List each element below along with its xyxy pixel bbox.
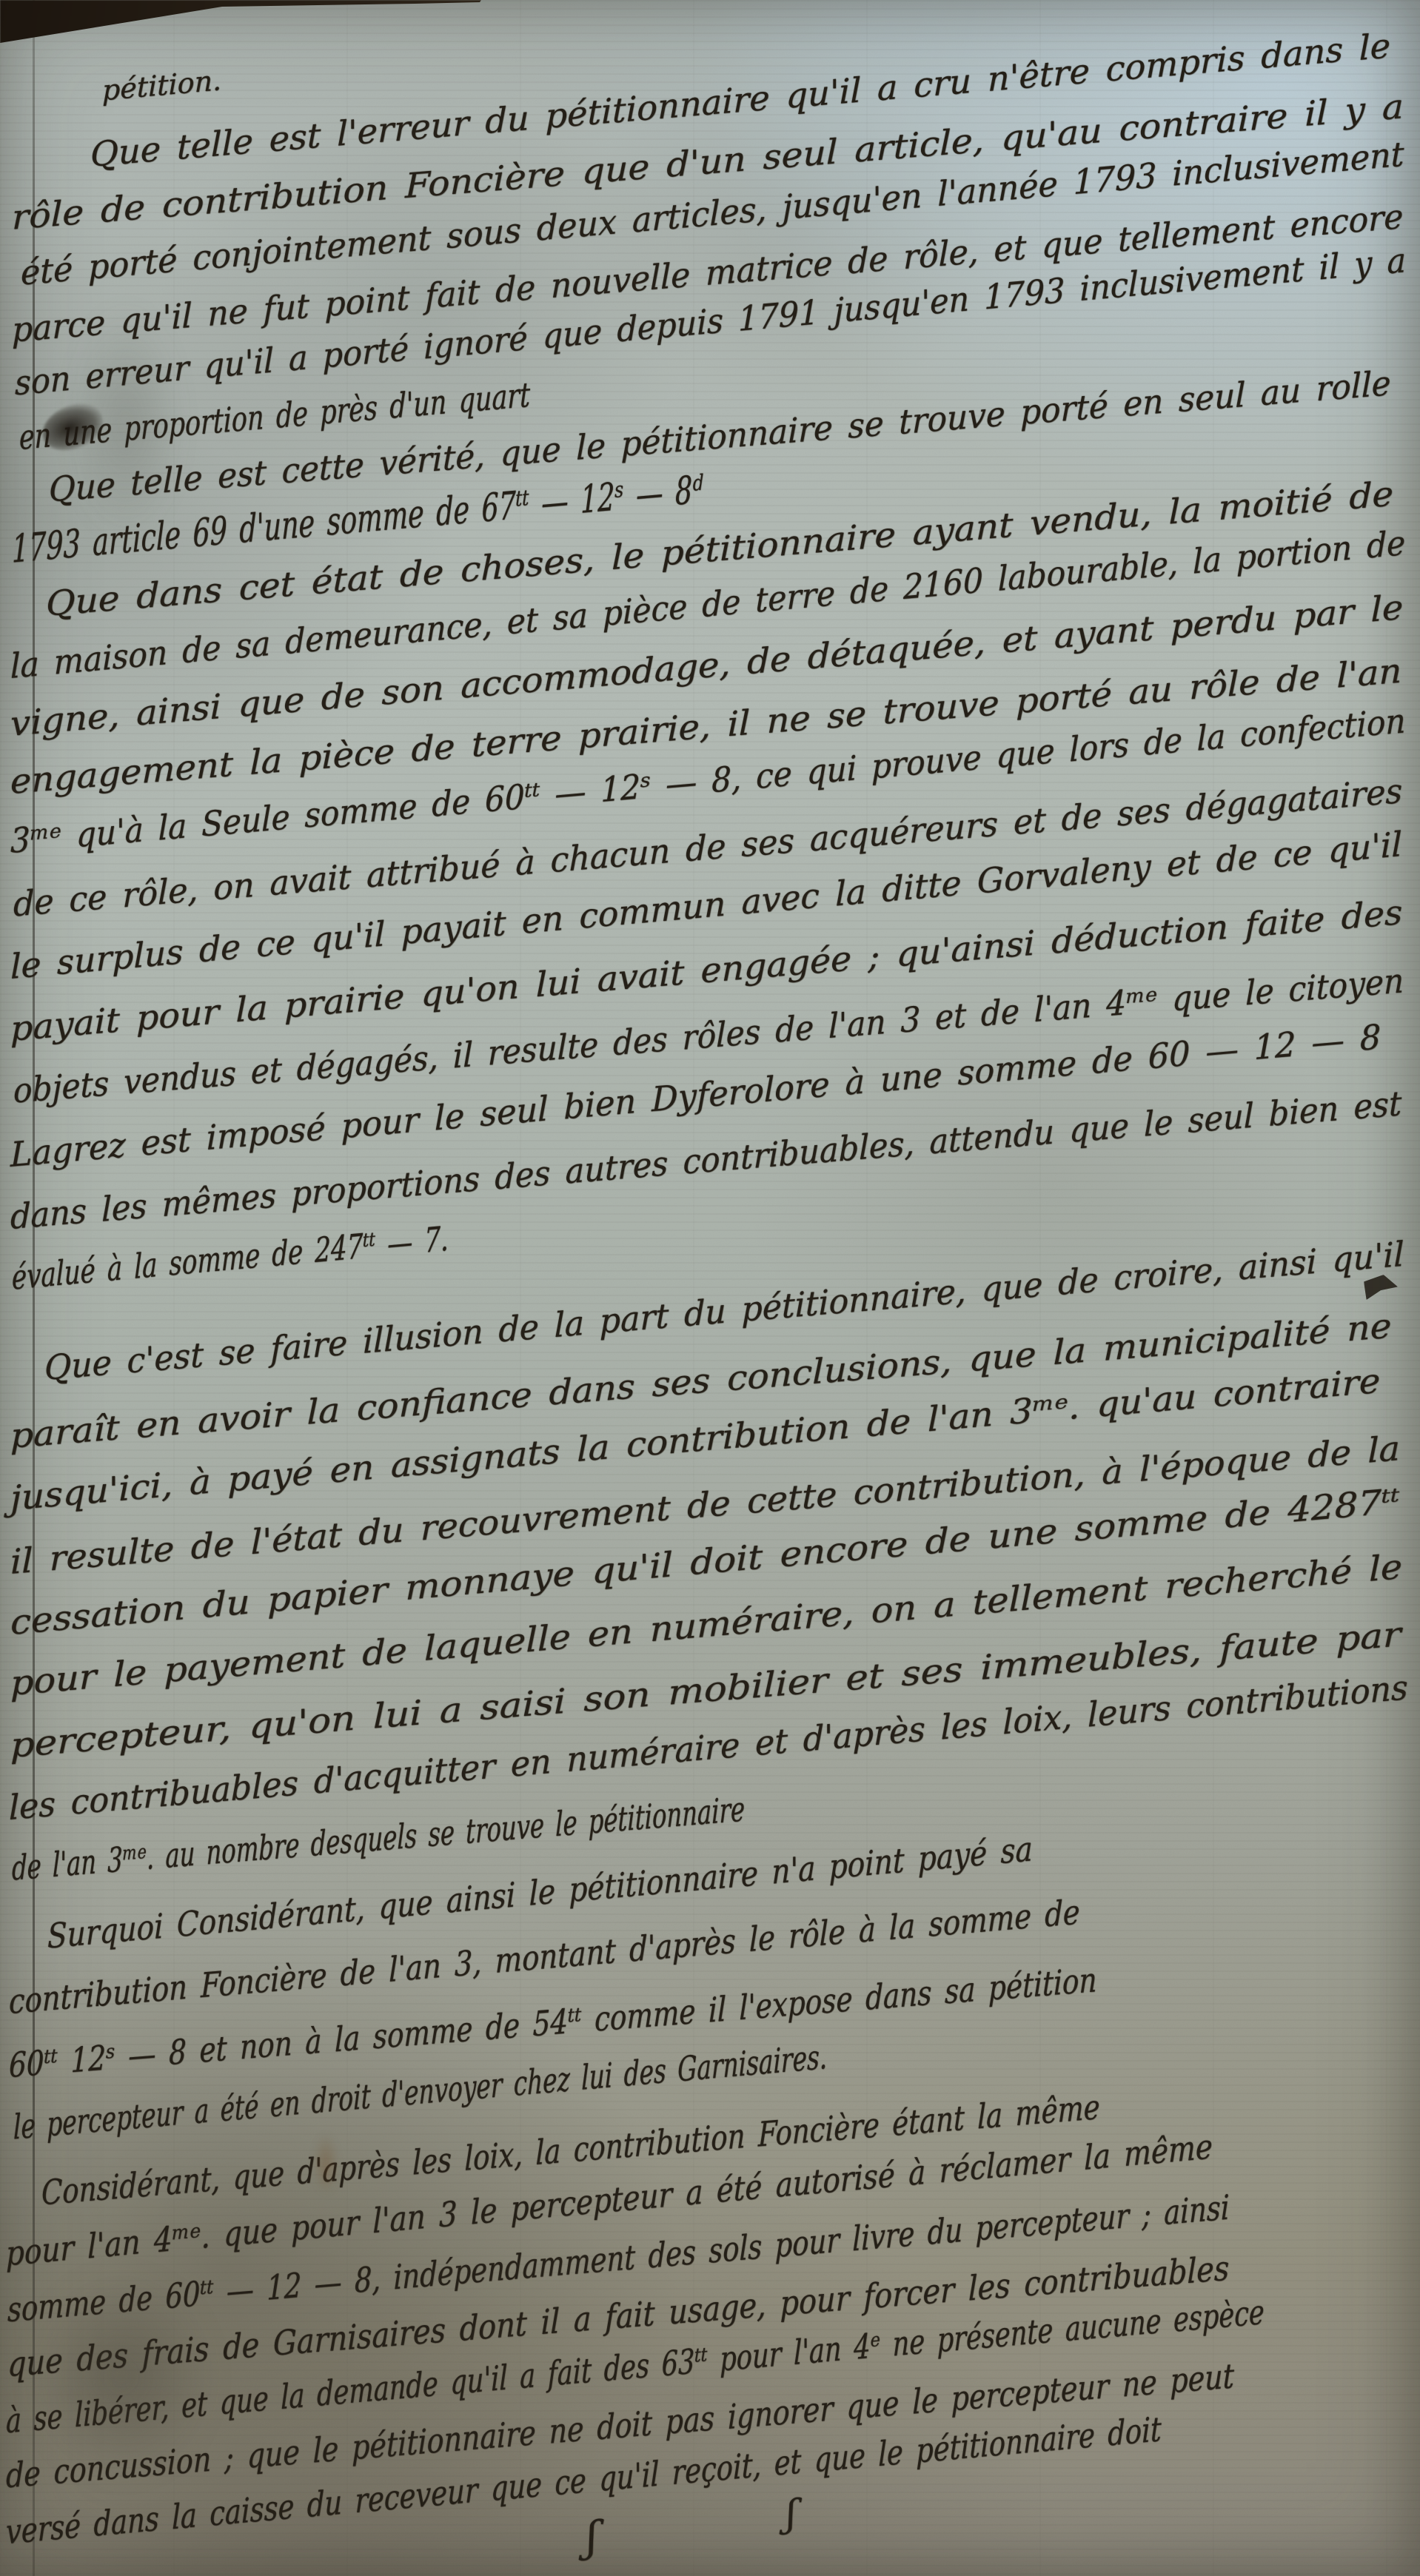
manuscript-page: pétition.Que telle est l'erreur du pétit… [0, 0, 1420, 2576]
photograph: pétition.Que telle est l'erreur du pétit… [0, 0, 1420, 2576]
photo-vignette [0, 0, 1420, 2576]
